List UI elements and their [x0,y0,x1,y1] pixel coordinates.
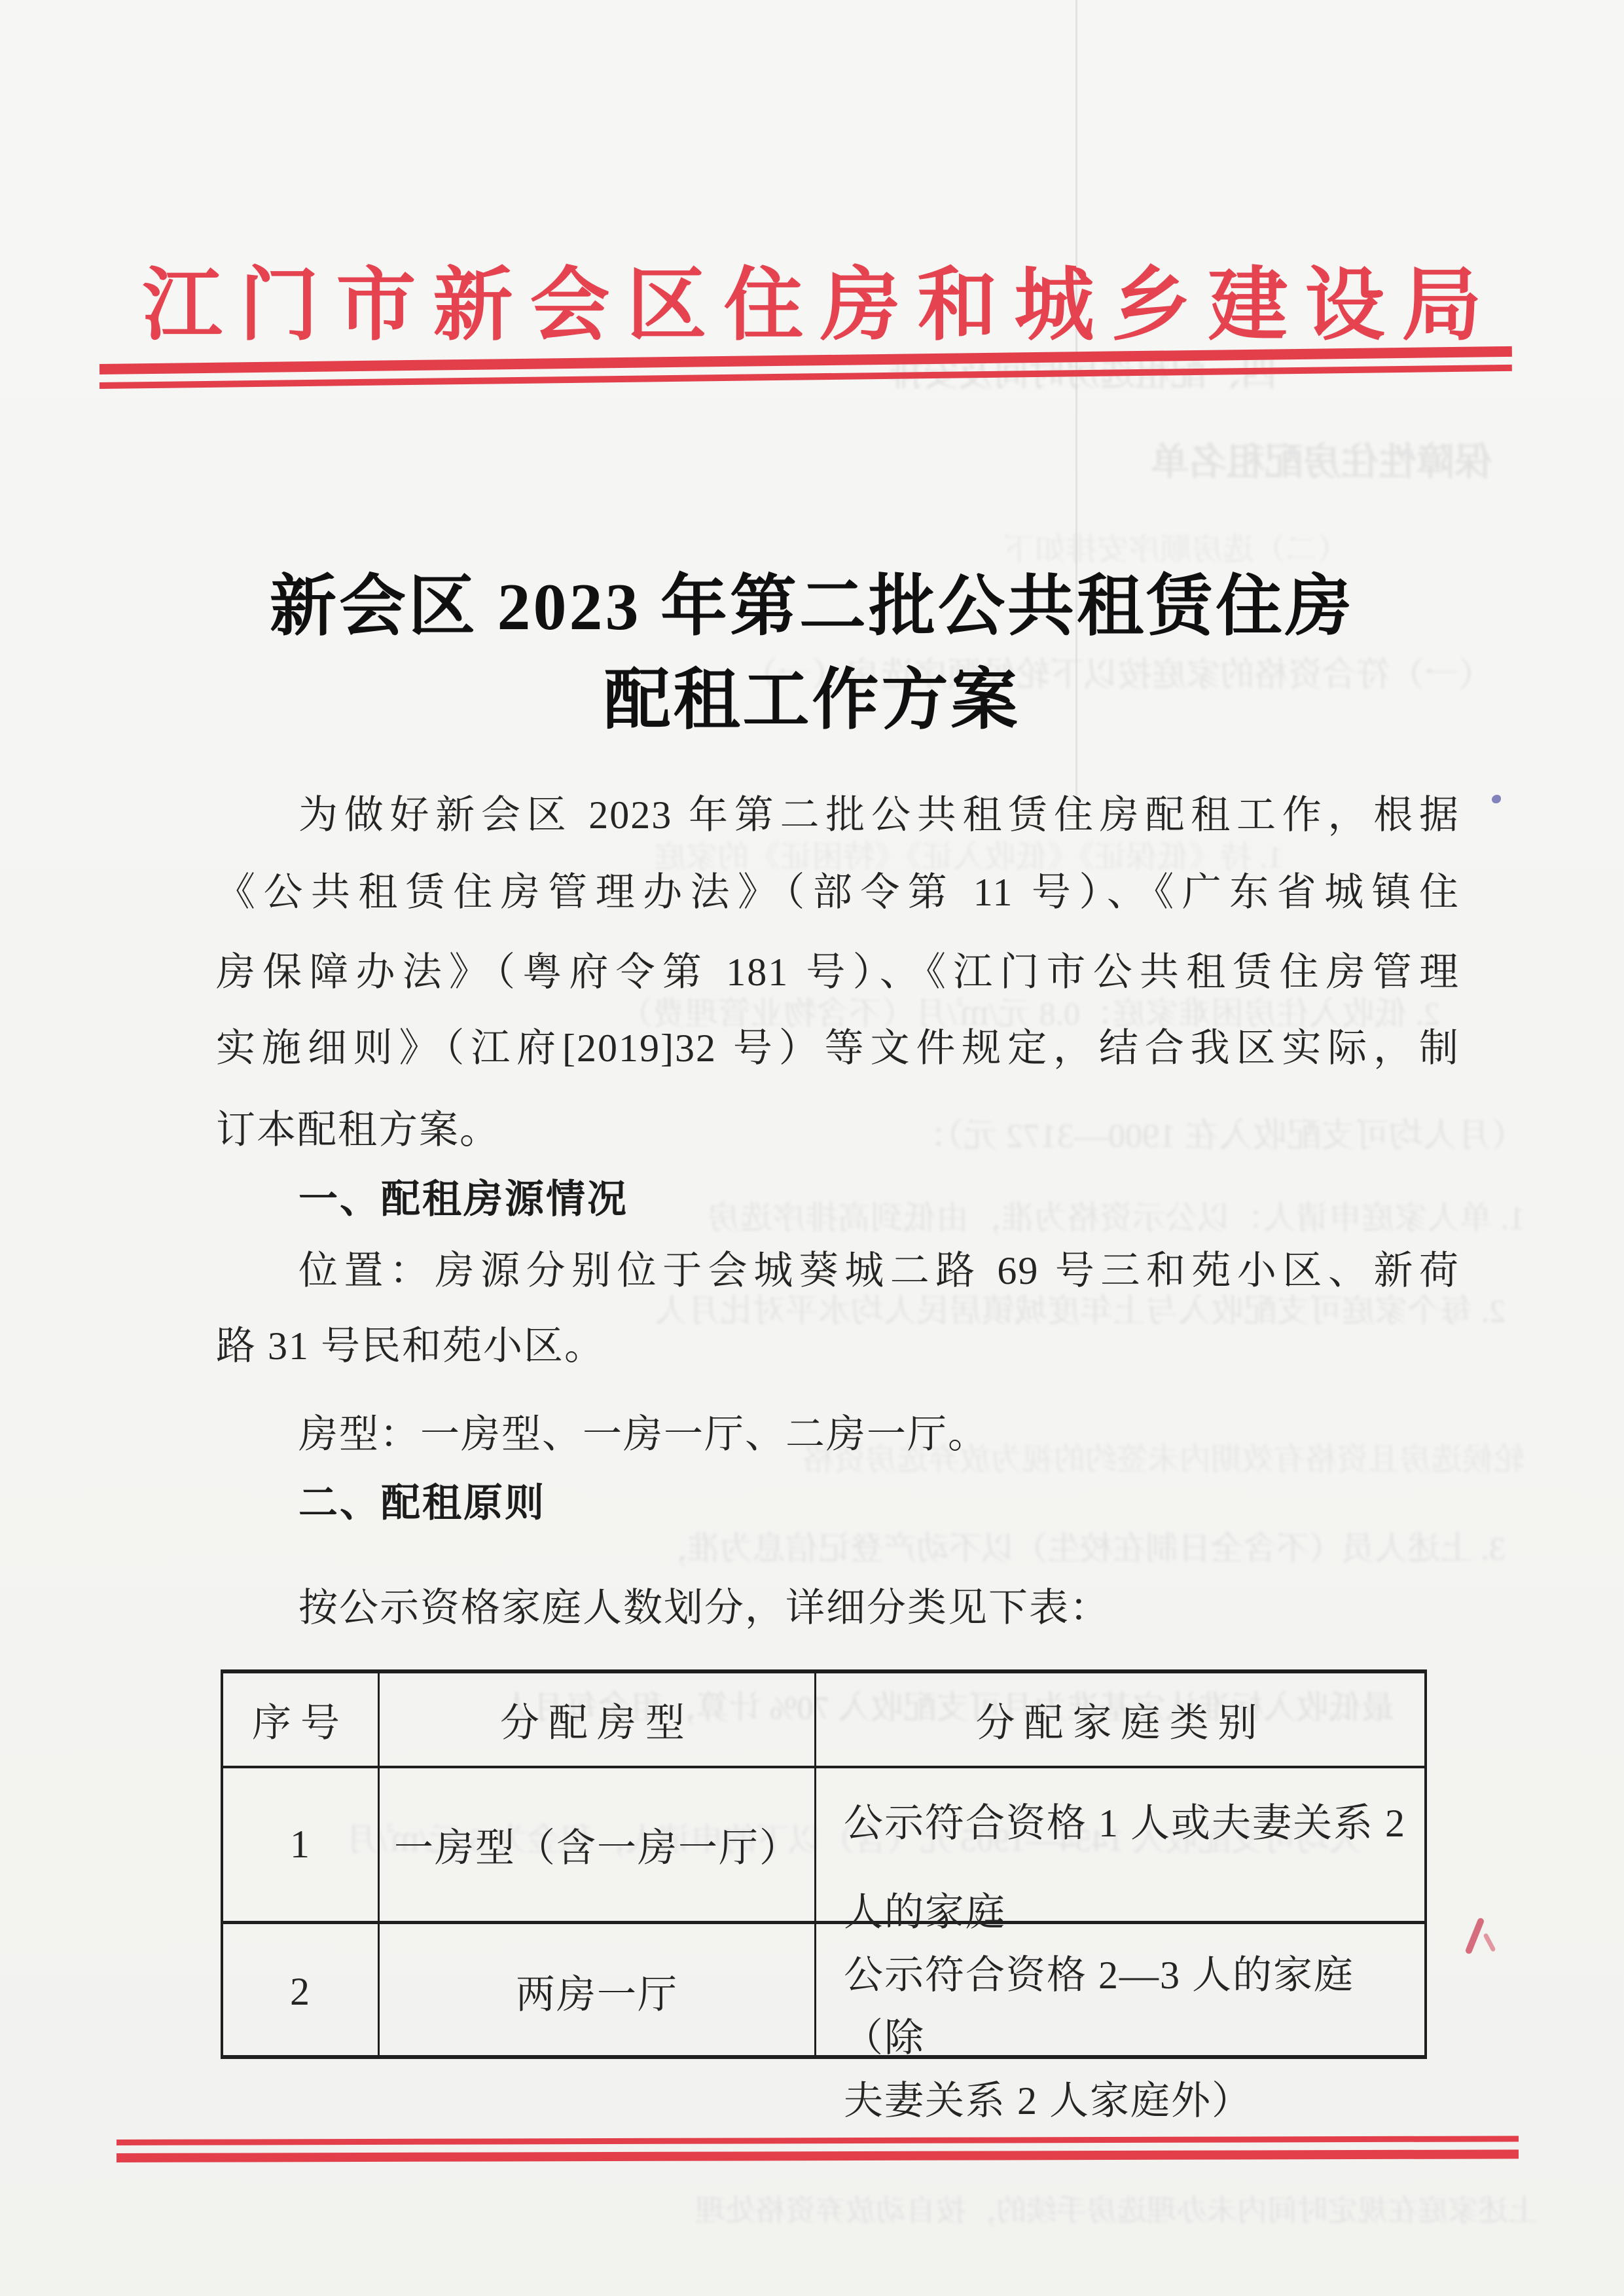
table-row2-category-line2: 夫妻关系 2 人家庭外） [844,2069,1426,2132]
table-row2-category: 公示符合资格 2—3 人的家庭（除 夫妻关系 2 人家庭外） [816,1924,1426,2059]
bleedthrough-text: 上述家庭在规定时间内未办理选房手续的，按自动放弃资格处理 [131,2187,1538,2230]
table-row1-category-line1: 公示符合资格 1 人或夫妻关系 2 [844,1779,1426,1868]
housetype-line: 房型：一房型、一房一厅、二房一厅。 [216,1411,1460,1458]
table-row2-category-line1: 公示符合资格 2—3 人的家庭（除 [844,1944,1426,2069]
table-header-no: 序号 [223,1673,378,1766]
document-title-line1: 新会区 2023 年第二批公共租赁住房 [0,553,1624,649]
document-title-line2: 配租工作方案 [0,647,1624,742]
paragraph1-line: 实施细则》（江府[2019]32 号）等文件规定，结合我区实际，制 [216,1025,1460,1072]
footer-separator-thick [117,2149,1519,2162]
location-line: 位置：房源分别位于会城葵城二路 69 号三和苑小区、新荷 [216,1247,1460,1294]
table-row1-type: 一房型（含一房一厅） [380,1768,814,1921]
bleedthrough-text: 3. 上述人员（不含全日制在校生）以不动产登记信息为准， [196,1522,1506,1569]
paragraph1-line: 房保障办法》（粤府令第 181 号）、《江门市公共租赁住房管理 [216,949,1460,996]
section1-heading: 一、配租房源情况 [216,1176,1460,1223]
footer-separator-thin [117,2136,1519,2145]
paragraph1-line: 订本配租方案。 [216,1106,1460,1154]
table-row1-category: 公示符合资格 1 人或夫妻关系 2 人的家庭 [816,1768,1426,1921]
table-row2-type: 两房一厅 [380,1924,814,2059]
agency-letterhead-title: 江门市新会区住房和城乡建设局 [0,241,1624,355]
paragraph1-line: 《公共租赁住房管理办法》（部令第 11 号）、《广东省城镇住 [216,869,1460,916]
table-row1-no: 1 [223,1768,378,1921]
scanned-document-page: 四、配租选房时间及安排 保障性住房配租名单 （二）选房顺序安排如下 （一）符合资… [0,0,1624,2296]
table-header-type: 分配房型 [380,1673,814,1766]
table-row2-no: 2 [223,1924,378,2059]
location-line: 路 31 号民和苑小区。 [216,1322,1460,1370]
table-intro-line: 按公示资格家庭人数划分，详细分类见下表： [216,1584,1460,1631]
paragraph1-line: 为做好新会区 2023 年第二批公共租赁住房配租工作，根据 [216,792,1460,839]
table-header-category: 分配家庭类别 [816,1673,1426,1766]
red-pen-mark [1465,1917,1485,1955]
allocation-table: 序号 分配房型 分配家庭类别 1 一房型（含一房一厅） 公示符合资格 1 人或夫… [221,1669,1427,2059]
red-pen-mark [1483,1933,1496,1952]
blue-ink-dot [1492,795,1501,803]
bleedthrough-text: 保障性住房配租名单 [1034,431,1492,486]
section2-heading: 二、配租原则 [216,1480,1460,1527]
